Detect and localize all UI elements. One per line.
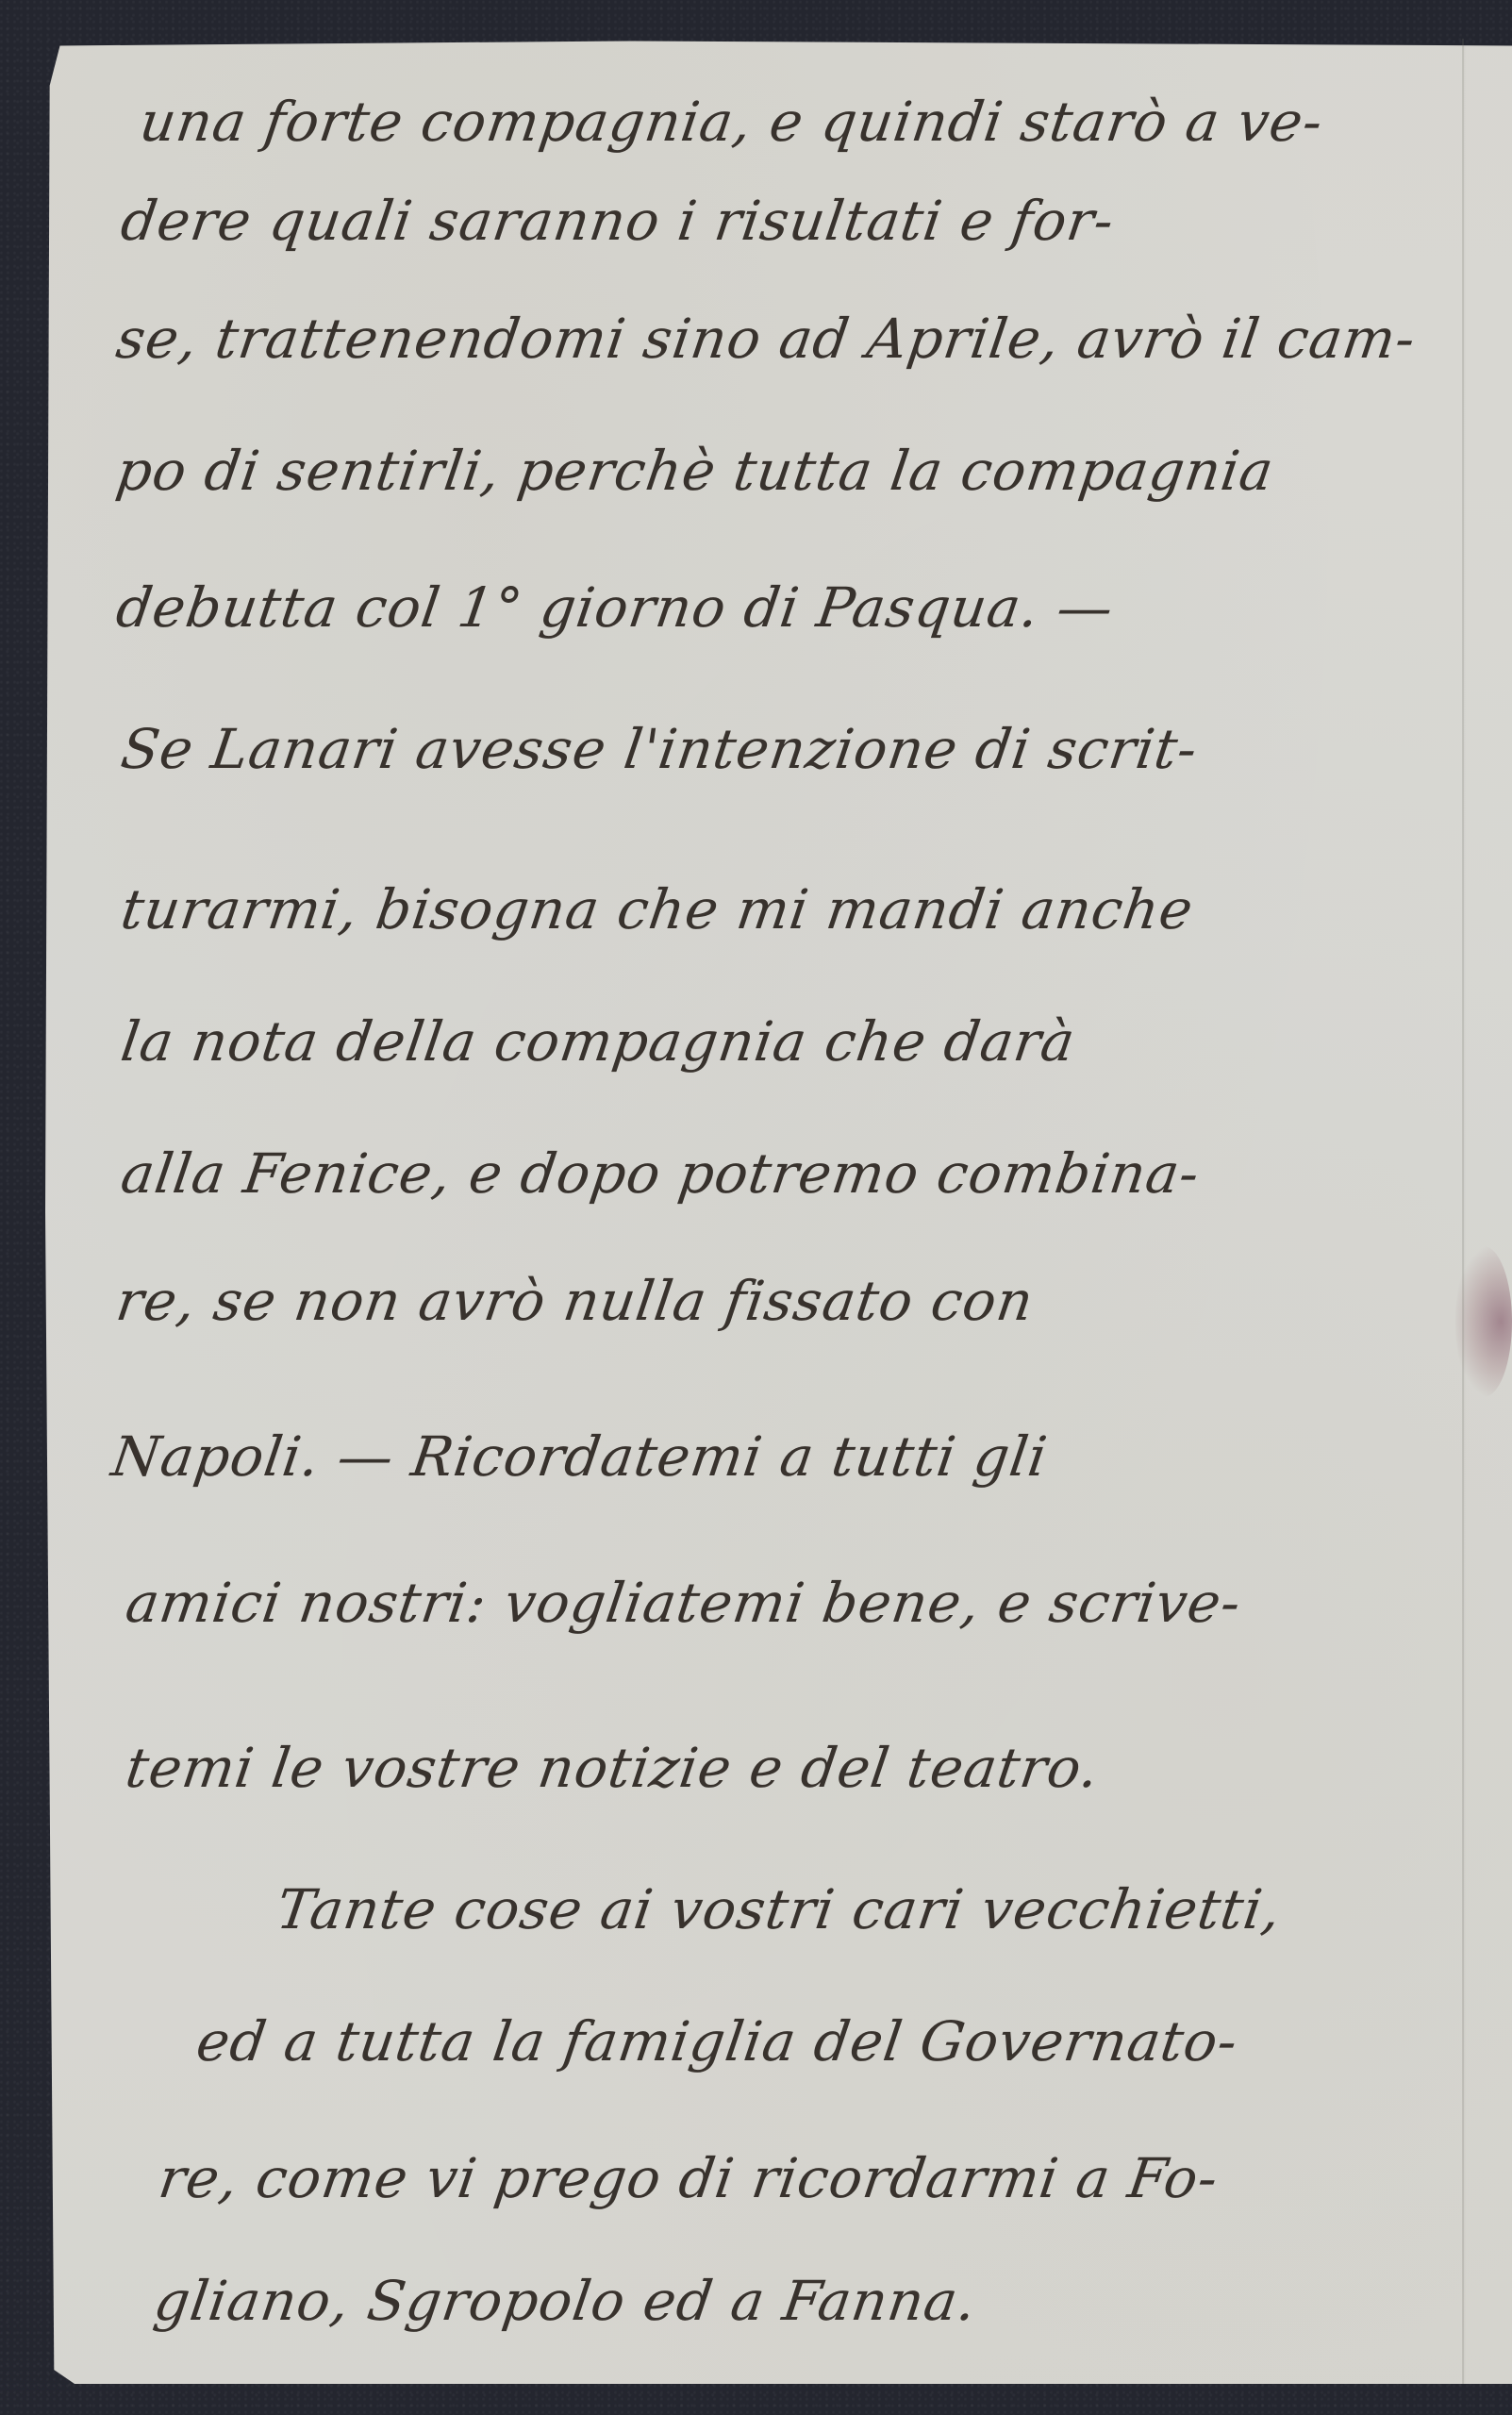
handwritten-line: po di sentirli, perchè tutta la compagni… xyxy=(113,443,1277,498)
handwritten-line: gliano, Sgropolo ed a Fanna. xyxy=(151,2273,980,2328)
handwritten-line: temi le vostre notizie e del teatro. xyxy=(123,1740,1103,1795)
handwritten-line: turarmi, bisogna che mi mandi anche xyxy=(118,882,1197,937)
handwritten-line: re, come vi prego di ricordarmi a Fo- xyxy=(156,2151,1221,2206)
handwritten-line: ed a tutta la famiglia del Governato- xyxy=(193,2014,1241,2069)
handwritten-line: dere quali saranno i risultati e for- xyxy=(118,193,1118,248)
handwritten-line: la nota della compagnia che darà xyxy=(118,1014,1079,1069)
letter-scan: una forte compagnia, e quindi starò a ve… xyxy=(0,0,1512,2415)
handwritten-line: se, trattenendomi sino ad Aprile, avrò i… xyxy=(113,311,1420,366)
handwritten-line: Tante cose ai vostri cari vecchietti, xyxy=(274,1882,1285,1937)
handwritten-line: amici nostri: vogliatemi bene, e scrive- xyxy=(123,1575,1244,1630)
handwritten-line: Se Lanari avesse l'intenzione di scrit- xyxy=(118,722,1201,776)
page-fold-edge xyxy=(1462,39,1464,2384)
handwritten-line: alla Fenice, e dopo potremo combina- xyxy=(118,1146,1203,1201)
handwritten-line: debutta col 1° giorno di Pasqua. — xyxy=(113,580,1117,635)
handwritten-line: re, se non avrò nulla fissato con xyxy=(113,1274,1037,1328)
handwritten-line: una forte compagnia, e quindi starò a ve… xyxy=(137,94,1326,149)
handwritten-line: Napoli. — Ricordatemi a tutti gli xyxy=(108,1429,1051,1484)
